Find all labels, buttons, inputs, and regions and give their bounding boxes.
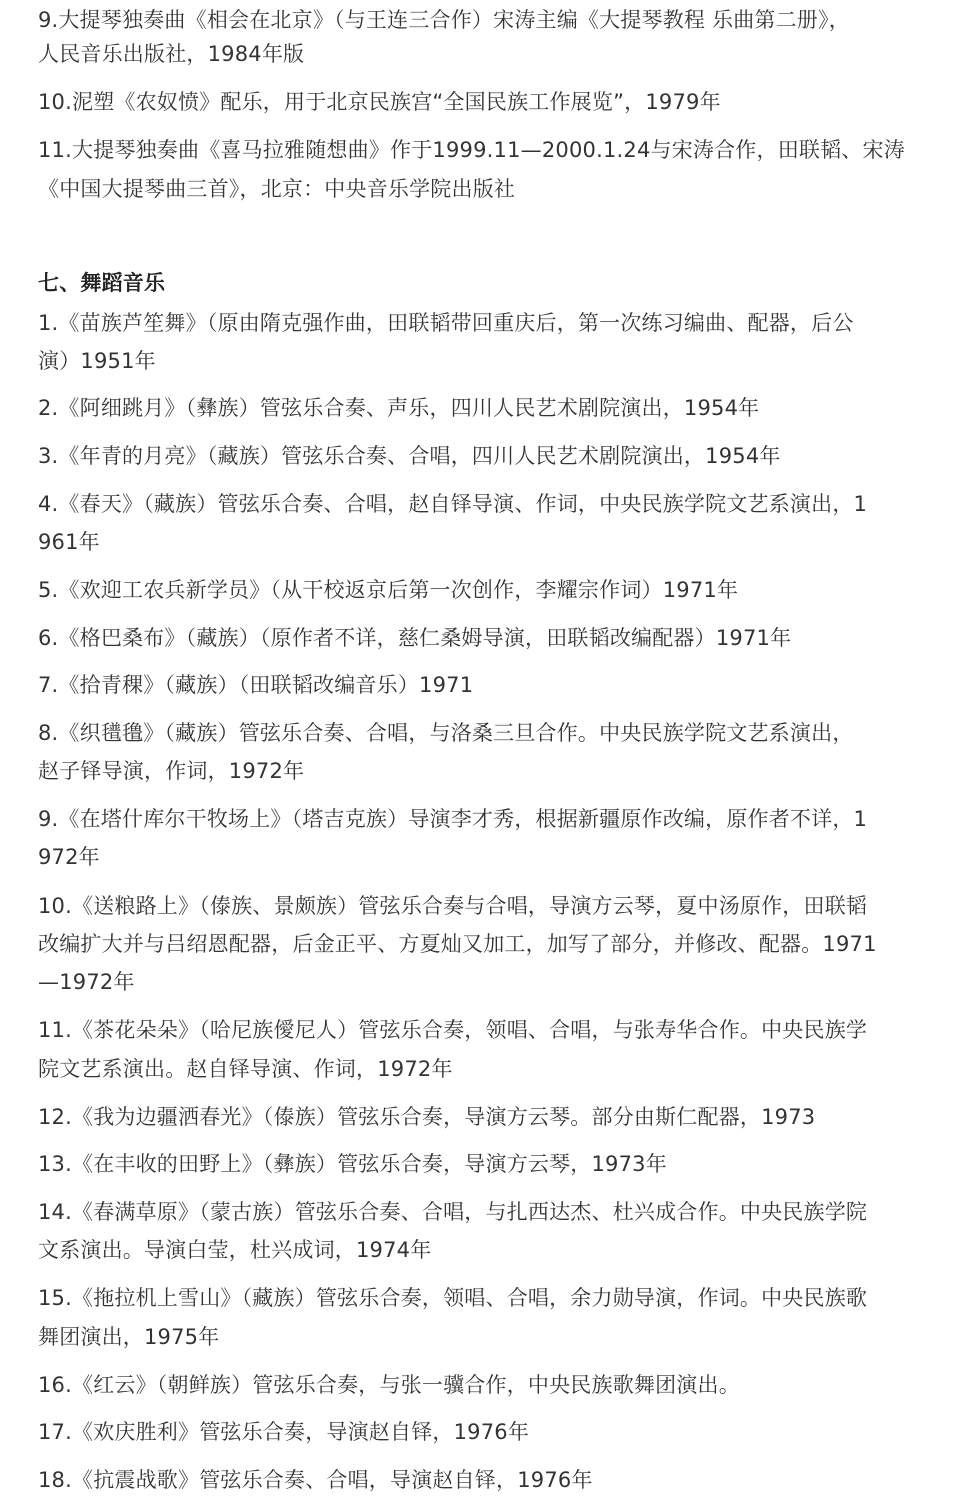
- list-item-text: 2.《阿细跳月》（彝族）管弦乐合奏、声乐，四川人民艺术剧院演出，1954年: [38, 393, 759, 423]
- list-item-text: 1.《苗族芦笙舞》（原由隋克强作曲，田联韬带回重庆后，第一次练习编曲、配器，后公: [38, 308, 854, 338]
- list-item-text: 院文艺系演出。赵自铎导演、作词，1972年: [38, 1054, 453, 1084]
- list-item-text: 《中国大提琴曲三首》，北京：中央音乐学院出版社: [38, 174, 515, 204]
- list-item-text: 6.《格巴桑布》（藏族）（原作者不详，慈仁桑姆导演，田联韬改编配器）1971年: [38, 623, 791, 653]
- list-item-text: 17.《欢庆胜利》管弦乐合奏，导演赵自铎，1976年: [38, 1417, 529, 1447]
- section-heading: 七、舞蹈音乐: [38, 268, 165, 298]
- list-item-text: 改编扩大并与吕绍恩配器，后金正平、方夏灿又加工，加写了部分，并修改、配器。197…: [38, 929, 877, 959]
- list-item-text: 赵子铎导演，作词，1972年: [38, 756, 304, 786]
- list-item-text: 972年: [38, 842, 100, 872]
- list-item-text: 人民音乐出版社，1984年版: [38, 39, 304, 69]
- list-item-text: 10.《送粮路上》（傣族、景颇族）管弦乐合奏与合唱，导演方云琴，夏中汤原作，田联…: [38, 891, 867, 921]
- list-item-text: 18.《抗震战歌》管弦乐合奏、合唱，导演赵自铎，1976年: [38, 1465, 593, 1495]
- list-item-text: 11.大提琴独奏曲《喜马拉雅随想曲》作于1999.11—2000.1.24与宋涛…: [38, 135, 905, 165]
- list-item-text: 9.大提琴独奏曲《相会在北京》（与王连三合作）宋涛主编《大提琴教程 乐曲第二册》…: [38, 5, 850, 35]
- list-item-text: 13.《在丰收的田野上》（彝族）管弦乐合奏，导演方云琴，1973年: [38, 1149, 667, 1179]
- list-item-text: —1972年: [38, 967, 135, 997]
- list-item-text: 9.《在塔什库尔干牧场上》（塔吉克族）导演李才秀，根据新疆原作改编，原作者不详，…: [38, 804, 867, 834]
- list-item-text: 10.泥塑《农奴愤》配乐，用于北京民族宫“全国民族工作展览”，1979年: [38, 87, 721, 117]
- list-item-text: 5.《欢迎工农兵新学员》（从干校返京后第一次创作，李耀宗作词）1971年: [38, 575, 738, 605]
- list-item-text: 8.《织氆氇》（藏族）管弦乐合奏、合唱，与洛桑三旦合作。中央民族学院文艺系演出，: [38, 718, 854, 748]
- list-item-text: 舞团演出，1975年: [38, 1322, 219, 1352]
- list-item-text: 15.《拖拉机上雪山》（藏族）管弦乐合奏，领唱、合唱，余力勋导演，作词。中央民族…: [38, 1283, 867, 1313]
- list-item-text: 演）1951年: [38, 346, 156, 376]
- list-item-text: 4.《春天》（藏族）管弦乐合奏、合唱，赵自铎导演、作词，中央民族学院文艺系演出，…: [38, 489, 867, 519]
- list-item-text: 14.《春满草原》（蒙古族）管弦乐合奏、合唱，与扎西达杰、杜兴成合作。中央民族学…: [38, 1197, 867, 1227]
- list-item-text: 16.《红云》（朝鲜族）管弦乐合奏，与张一骥合作，中央民族歌舞团演出。: [38, 1370, 740, 1400]
- list-item-text: 3.《年青的月亮》（藏族）管弦乐合奏、合唱，四川人民艺术剧院演出，1954年: [38, 441, 781, 471]
- list-item-text: 文系演出。导演白莹，杜兴成词，1974年: [38, 1235, 431, 1265]
- list-item-text: 961年: [38, 527, 100, 557]
- list-item-text: 7.《拾青稞》（藏族）（田联韬改编音乐）1971: [38, 670, 473, 700]
- list-item-text: 12.《我为边疆洒春光》（傣族）管弦乐合奏，导演方云琴。部分由斯仁配器，1973: [38, 1102, 815, 1132]
- document-page: 9.大提琴独奏曲《相会在北京》（与王连三合作）宋涛主编《大提琴教程 乐曲第二册》…: [0, 0, 980, 1500]
- list-item-text: 11.《茶花朵朵》（哈尼族僾尼人）管弦乐合奏，领唱、合唱，与张寿华合作。中央民族…: [38, 1015, 867, 1045]
